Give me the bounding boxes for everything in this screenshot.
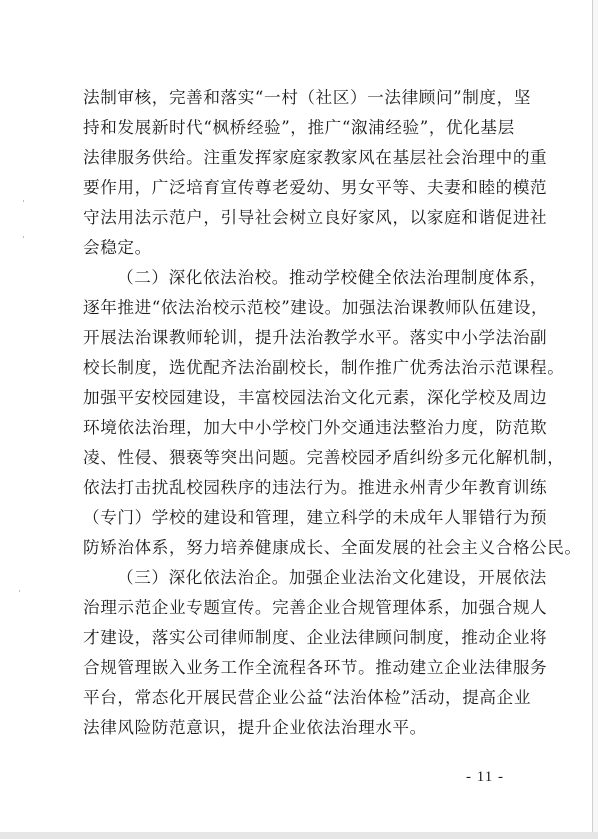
text-line: 法律服务供给。注重发挥家庭家教家风在基层社会治理中的重 xyxy=(83,143,513,173)
text-line: 治理示范企业专题宣传。完善企业合规管理体系，加强合规人 xyxy=(83,593,513,623)
text-line: 校长制度，选优配齐法治副校长，制作推广优秀法治示范课程。 xyxy=(83,353,513,383)
text-line: 合规管理嵌入业务工作全流程各环节。推动建立企业法律服务 xyxy=(83,653,513,683)
text-line: 凌、性侵、猥亵等突出问题。完善校园矛盾纠纷多元化解机制， xyxy=(83,443,513,473)
text-line: 要作用，广泛培育宣传尊老爱幼、男女平等、夫妻和睦的模范 xyxy=(83,173,513,203)
text-line: （专门）学校的建设和管理，建立科学的未成年人罪错行为预 xyxy=(83,503,513,533)
text-line: 逐年推进“依法治校示范校”建设。加强法治课教师队伍建设， xyxy=(83,293,513,323)
text-line: 依法打击扰乱校园秩序的违法行为。推进永州青少年教育训练 xyxy=(83,473,513,503)
page-number: - 11 - xyxy=(466,769,504,786)
viewer-background xyxy=(0,832,598,839)
text-line: 加强平安校园建设，丰富校园法治文化元素，深化学校及周边 xyxy=(83,383,513,413)
text-line: 才建设，落实公司律师制度、企业法律顾问制度，推动企业将 xyxy=(83,623,513,653)
scan-speck xyxy=(23,200,24,202)
text-line: 平台，常态化开展民营企业公益“法治体检”活动，提高企业 xyxy=(83,683,513,713)
text-line: 环境依法治理，加大中小学校门外交通违法整治力度，防范欺 xyxy=(83,413,513,443)
section-heading-line: （三）深化依法治企。加强企业法治文化建设，开展依法 xyxy=(83,563,513,593)
page-edge xyxy=(593,0,598,832)
scan-speck xyxy=(23,236,24,238)
text-line: 持和发展新时代“枫桥经验”，推广“溆浦经验”，优化基层 xyxy=(83,113,513,143)
section-heading-line: （二）深化依法治校。推动学校健全依法治理制度体系， xyxy=(83,263,513,293)
text-line: 法律风险防范意识，提升企业依法治理水平。 xyxy=(83,713,513,743)
body-text: 法制审核，完善和落实“一村（社区）一法律顾问”制度，坚 持和发展新时代“枫桥经验… xyxy=(83,83,513,743)
document-page: 法制审核，完善和落实“一村（社区）一法律顾问”制度，坚 持和发展新时代“枫桥经验… xyxy=(0,0,593,832)
text-line: 防矫治体系，努力培养健康成长、全面发展的社会主义合格公民。 xyxy=(83,533,513,563)
text-line: 开展法治课教师轮训，提升法治教学水平。落实中小学法治副 xyxy=(83,323,513,353)
text-line: 法制审核，完善和落实“一村（社区）一法律顾问”制度，坚 xyxy=(83,83,513,113)
text-line: 守法用法示范户，引导社会树立良好家风，以家庭和谐促进社 xyxy=(83,203,513,233)
text-line: 会稳定。 xyxy=(83,233,513,263)
scan-speck xyxy=(19,590,20,592)
